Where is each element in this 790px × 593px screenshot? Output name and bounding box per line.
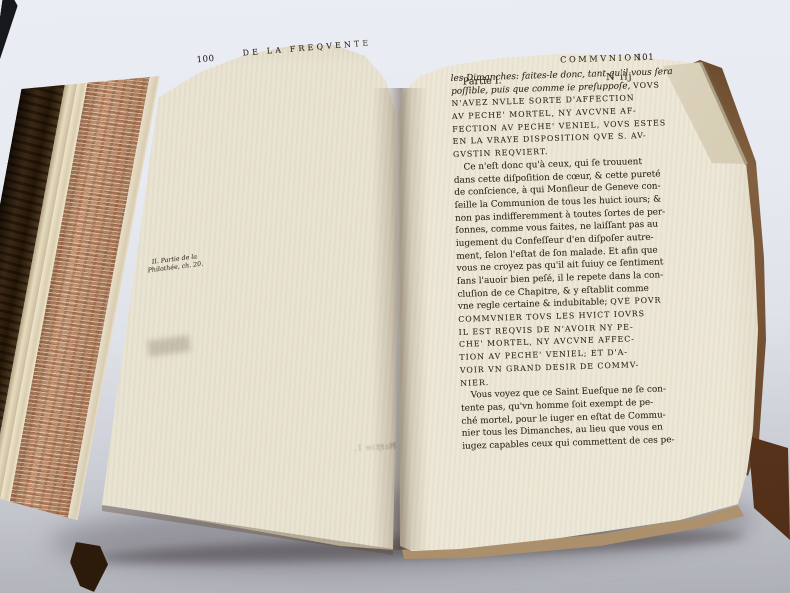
left-page-number: 100: [196, 54, 215, 65]
right-page-text: COMMVNION. 101 les Dimanches: faites-le …: [450, 49, 671, 88]
right-page-body: les Dimanches: faites-le donc, tant qu'i…: [451, 66, 685, 453]
showthrough-signature: N ij: [377, 441, 397, 452]
right-page-number: 101: [636, 53, 654, 64]
book-photo: 100 DE LA FREQVENTE Iempeſche de digerer…: [0, 0, 790, 593]
right-running-header: COMMVNION.: [560, 52, 648, 65]
